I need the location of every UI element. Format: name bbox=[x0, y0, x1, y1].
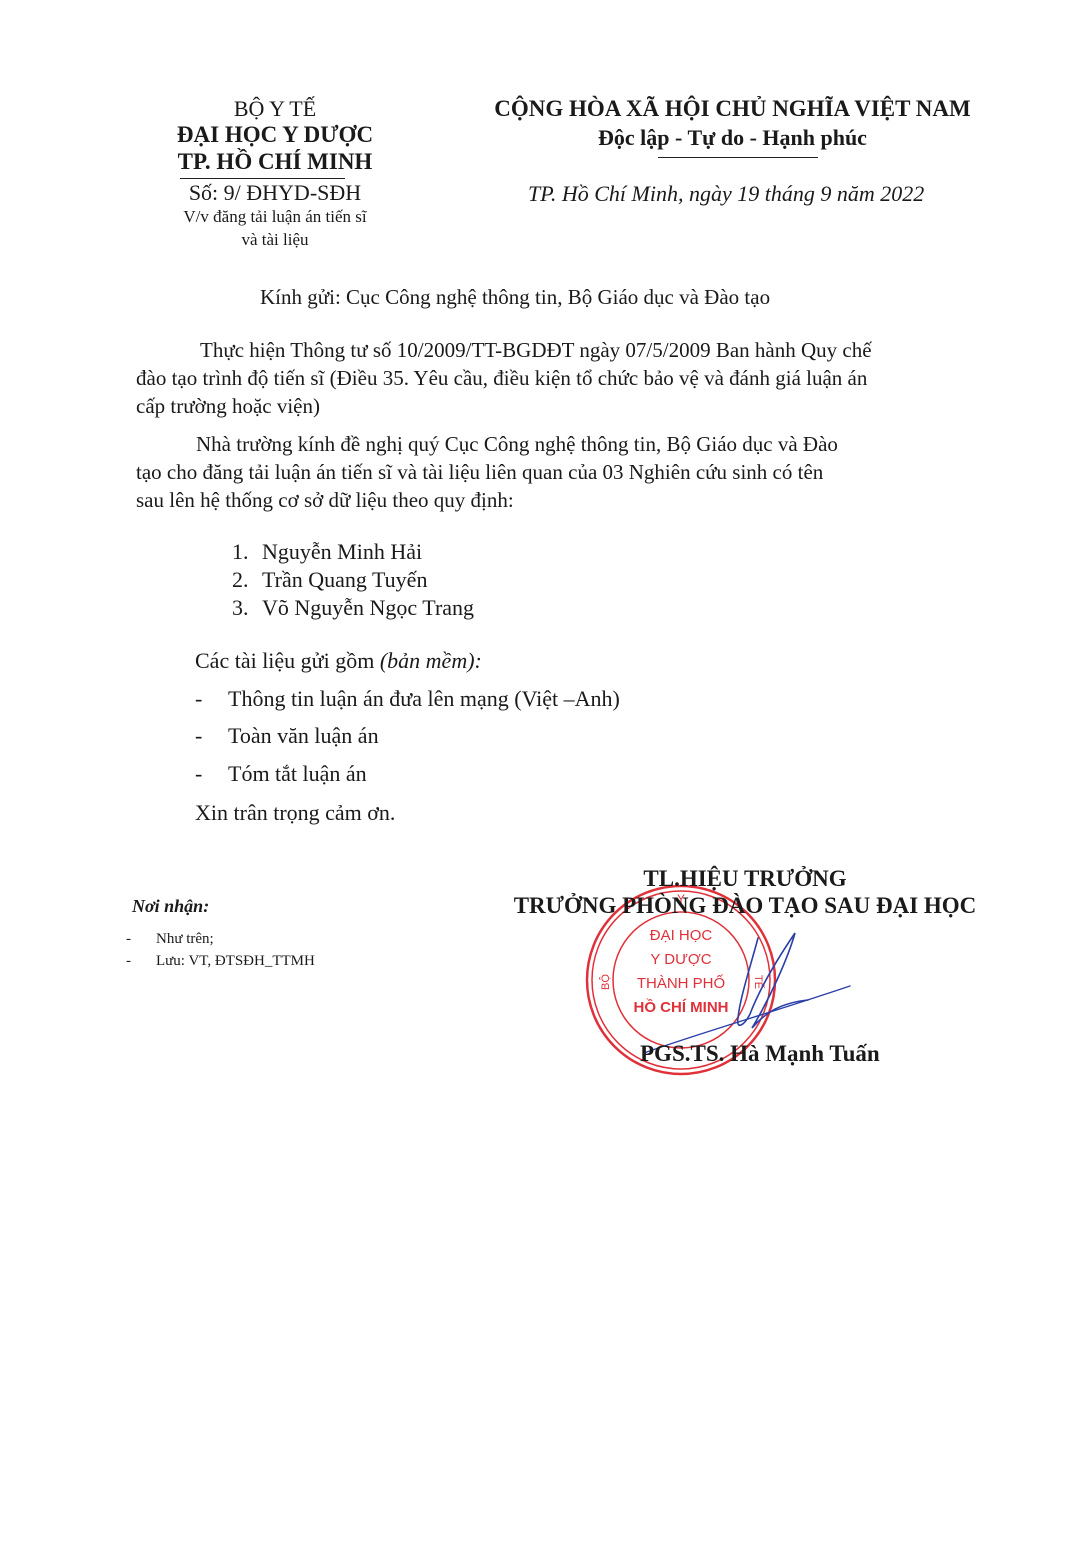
document-item: - Thông tin luận án đưa lên mạng (Việt –… bbox=[195, 686, 202, 712]
student-number: 2. bbox=[232, 567, 249, 592]
paragraph1-line3: cấp trường hoặc viện) bbox=[136, 394, 320, 419]
university-name-line1: ĐẠI HỌC Y DƯỢC bbox=[150, 122, 400, 148]
recipients-item: - Lưu: VT, ĐTSĐH_TTMH bbox=[126, 953, 131, 970]
student-item: 3. Võ Nguyễn Ngọc Trang bbox=[232, 595, 249, 621]
student-name: Võ Nguyễn Ngọc Trang bbox=[262, 595, 474, 621]
signature-title-line1: TL.HIỆU TRƯỞNG bbox=[495, 866, 995, 892]
paragraph2-line1: Nhà trường kính đề nghị quý Cục Công ngh… bbox=[196, 432, 838, 457]
seal-ring-left: BỘ bbox=[599, 974, 612, 990]
document-label: Thông tin luận án đưa lên mạng (Việt –An… bbox=[228, 686, 620, 712]
university-name-line2: TP. HỒ CHÍ MINH bbox=[150, 149, 400, 175]
bullet-dash: - bbox=[195, 761, 202, 786]
student-number: 1. bbox=[232, 539, 249, 564]
bullet-dash: - bbox=[195, 723, 202, 748]
motto-underline bbox=[658, 157, 818, 158]
documents-intro: Các tài liệu gửi gồm (bản mềm): bbox=[195, 648, 482, 674]
national-title: CỘNG HÒA XÃ HỘI CHỦ NGHĨA VIỆT NAM bbox=[470, 96, 995, 122]
paragraph2-line2: tạo cho đăng tải luận án tiến sĩ và tài … bbox=[136, 460, 823, 485]
bullet-dash: - bbox=[126, 953, 131, 969]
student-number: 3. bbox=[232, 595, 249, 620]
recipients-label: Như trên; bbox=[156, 931, 214, 948]
subject-line1: V/v đăng tải luận án tiến sĩ bbox=[150, 207, 400, 227]
closing-line: Xin trân trọng cảm ơn. bbox=[195, 800, 395, 826]
document-item: - Tóm tắt luận án bbox=[195, 761, 202, 787]
recipients-title: Nơi nhận: bbox=[132, 896, 209, 917]
signer-name: PGS.TS. Hà Mạnh Tuấn bbox=[640, 1041, 880, 1067]
document-number: Số: 9/ ĐHYD-SĐH bbox=[150, 180, 400, 206]
paragraph1-line2: đào tạo trình độ tiến sĩ (Điều 35. Yêu c… bbox=[136, 366, 867, 391]
subject-line2: và tài liệu bbox=[150, 230, 400, 250]
recipient-line: Kính gửi: Cục Công nghệ thông tin, Bộ Gi… bbox=[260, 285, 770, 310]
recipients-item: - Như trên; bbox=[126, 931, 131, 948]
ministry-name: BỘ Y TẾ bbox=[150, 96, 400, 122]
bullet-dash: - bbox=[126, 931, 131, 947]
student-name: Nguyễn Minh Hải bbox=[262, 539, 422, 565]
student-item: 2. Trần Quang Tuyến bbox=[232, 567, 249, 593]
student-name: Trần Quang Tuyến bbox=[262, 567, 427, 593]
paragraph2-line3: sau lên hệ thống cơ sở dữ liệu theo quy … bbox=[136, 488, 514, 513]
paragraph1-line1: Thực hiện Thông tư số 10/2009/TT-BGDĐT n… bbox=[200, 338, 872, 363]
signature-title-line2: TRƯỞNG PHÒNG ĐÀO TẠO SAU ĐẠI HỌC bbox=[495, 893, 995, 919]
documents-intro-italic: (bản mềm): bbox=[380, 648, 482, 673]
student-item: 1. Nguyễn Minh Hải bbox=[232, 539, 249, 565]
bullet-dash: - bbox=[195, 686, 202, 711]
document-label: Tóm tắt luận án bbox=[228, 761, 367, 787]
national-motto: Độc lập - Tự do - Hạnh phúc bbox=[470, 125, 995, 151]
header-left-underline bbox=[180, 178, 345, 179]
document-label: Toàn văn luận án bbox=[228, 723, 379, 749]
place-date: TP. Hồ Chí Minh, ngày 19 tháng 9 năm 202… bbox=[528, 181, 924, 207]
document-item: - Toàn văn luận án bbox=[195, 723, 202, 749]
recipients-label: Lưu: VT, ĐTSĐH_TTMH bbox=[156, 953, 315, 970]
documents-intro-text: Các tài liệu gửi gồm bbox=[195, 648, 380, 673]
